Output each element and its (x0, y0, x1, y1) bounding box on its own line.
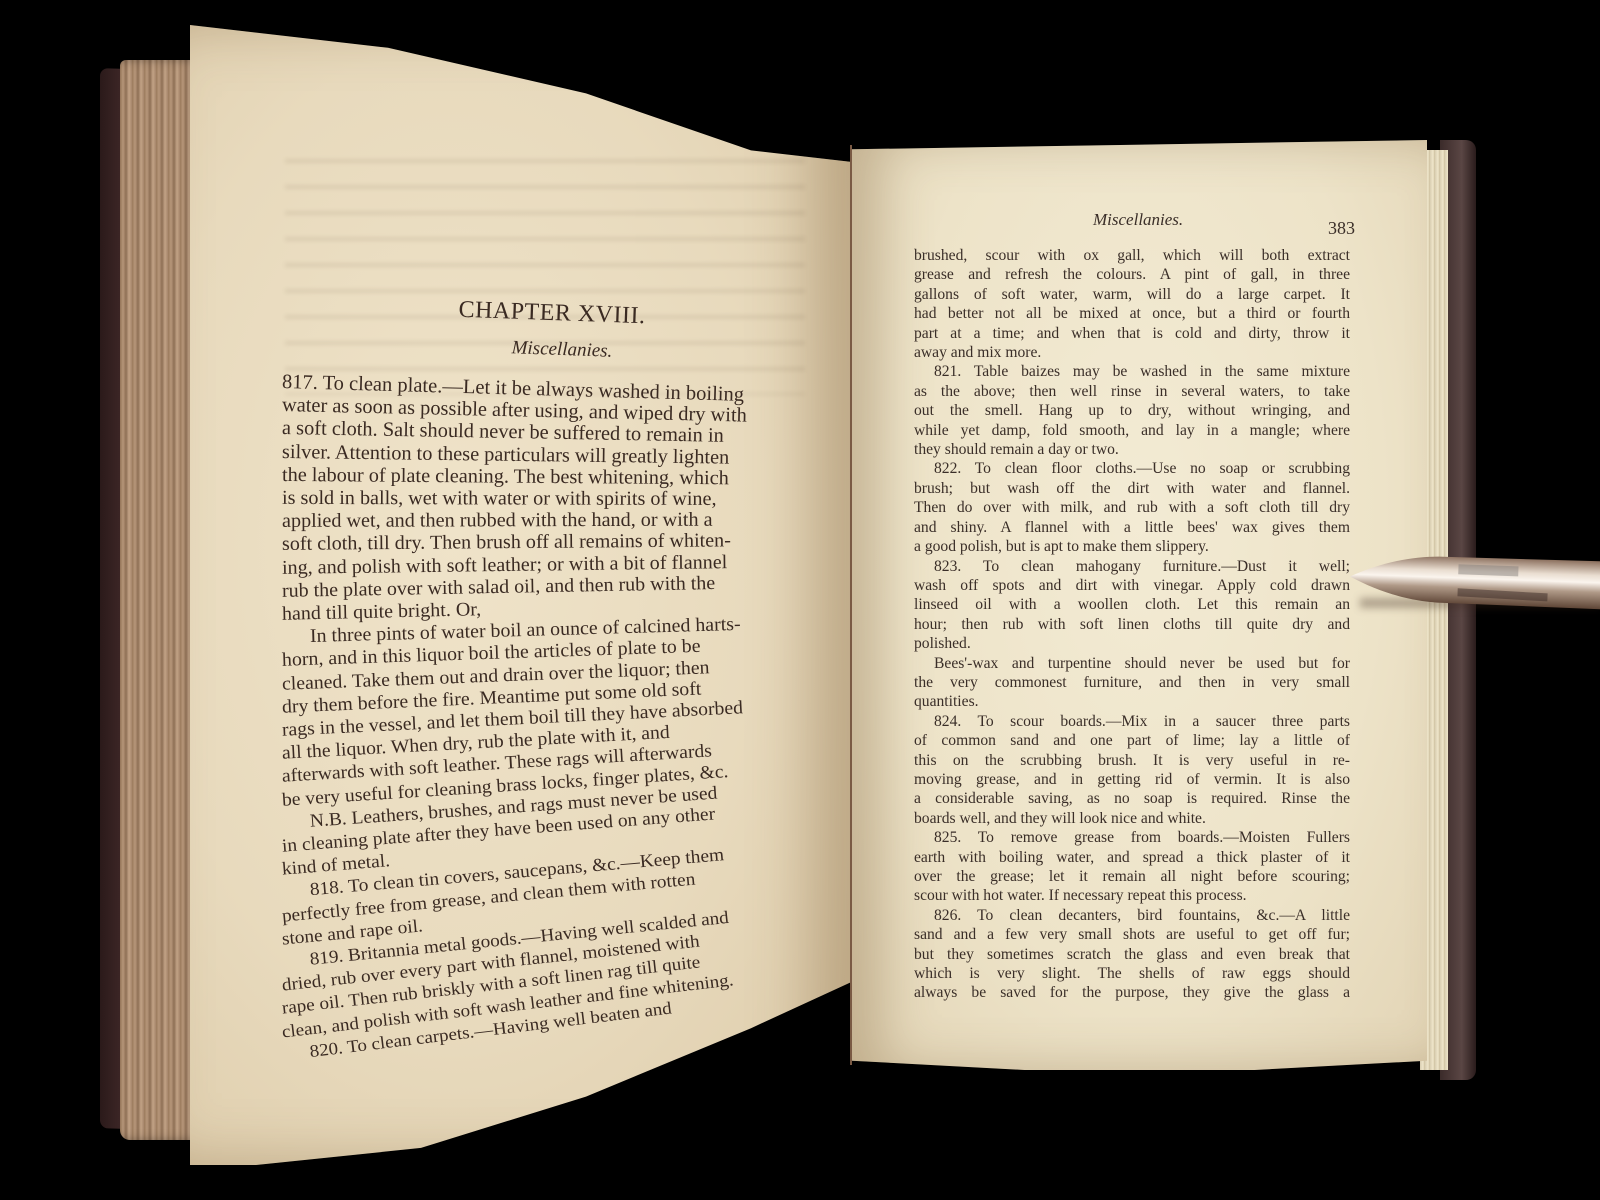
text-line: Bees'-wax and turpentine should never be… (914, 654, 1350, 673)
pen-pointer-icon (1347, 548, 1600, 613)
text-line: out the smell. Hang up to dry, without w… (914, 401, 1350, 420)
text-line: they should remain a day or two. (914, 440, 1350, 459)
text-line: quantities. (914, 692, 1350, 711)
text-line: wash off spots and dirt with vinegar. Ap… (914, 576, 1350, 595)
text-line: had better not all be mixed at once, but… (914, 304, 1350, 323)
text-line: this on the scrubbing brush. It is very … (914, 751, 1350, 770)
text-line: moving grease, and in getting rid of ver… (914, 770, 1350, 789)
page-edges-left (120, 60, 200, 1140)
text-line: the very commonest furniture, and then i… (914, 673, 1350, 692)
text-line: part at a time; and when that is cold an… (914, 324, 1350, 343)
text-line: of common sand and one part of lime; lay… (914, 731, 1350, 750)
book-scene: CHAPTER XVIII. Miscellanies. 817. To cle… (0, 0, 1600, 1200)
right-page-text: brushed, scour with ox gall, which will … (914, 246, 1354, 1003)
right-page-header: Miscellanies. 383 (915, 210, 1355, 240)
page-number: 383 (1328, 218, 1355, 239)
text-line: brush; but wash off the dirt with water … (914, 479, 1350, 498)
text-line: is sold in balls, wet with water or with… (282, 487, 802, 511)
text-line: 822. To clean floor cloths.—Use no soap … (914, 459, 1350, 478)
text-line: brushed, scour with ox gall, which will … (914, 246, 1350, 265)
gutter (850, 145, 852, 1065)
text-line: earth with boiling water, and spread a t… (914, 848, 1350, 867)
text-line: as the above; then well rinse in several… (914, 382, 1350, 401)
text-line: linseed oil with a woollen cloth. Let th… (914, 595, 1350, 614)
text-line: always be saved for the purpose, they gi… (914, 983, 1350, 1002)
text-line: over the grease; let it remain all night… (914, 867, 1350, 886)
text-line: away and mix more. (914, 343, 1350, 362)
running-head: Miscellanies. (1093, 210, 1183, 230)
text-line: while yet damp, fold smooth, and lay in … (914, 421, 1350, 440)
text-line: hour; then rub with soft linen cloths ti… (914, 615, 1350, 634)
text-line: a good polish, but is apt to make them s… (914, 537, 1350, 556)
text-line: 823. To clean mahogany furniture.—Dust i… (914, 557, 1350, 576)
text-line: 825. To remove grease from boards.—Moist… (914, 828, 1350, 847)
text-line: a considerable saving, as no soap is req… (914, 789, 1350, 808)
chapter-subtitle: Miscellanies. (322, 331, 802, 370)
left-page-text: 817. To clean plate.—Let it be always wa… (282, 371, 802, 1067)
text-line: which is very slight. The shells of raw … (914, 964, 1350, 983)
text-line: Then do over with milk, and rub with a s… (914, 498, 1350, 517)
left-page-content: CHAPTER XVIII. Miscellanies. 817. To cle… (282, 300, 802, 1067)
text-line: sand and a few very small shots are usef… (914, 925, 1350, 944)
text-line: gallons of soft water, warm, will do a l… (914, 285, 1350, 304)
text-line: scour with hot water. If necessary repea… (914, 886, 1350, 905)
text-line: and shiny. A flannel with a little bees'… (914, 518, 1350, 537)
text-line: 821. Table baizes may be washed in the s… (914, 362, 1350, 381)
text-line: 824. To scour boards.—Mix in a saucer th… (914, 712, 1350, 731)
text-line: grease and refresh the colours. A pint o… (914, 265, 1350, 284)
text-line: but they sometimes scratch the glass and… (914, 945, 1350, 964)
text-line: polished. (914, 634, 1350, 653)
text-line: 826. To clean decanters, bird fountains,… (914, 906, 1350, 925)
text-line: boards well, and they will look nice and… (914, 809, 1350, 828)
